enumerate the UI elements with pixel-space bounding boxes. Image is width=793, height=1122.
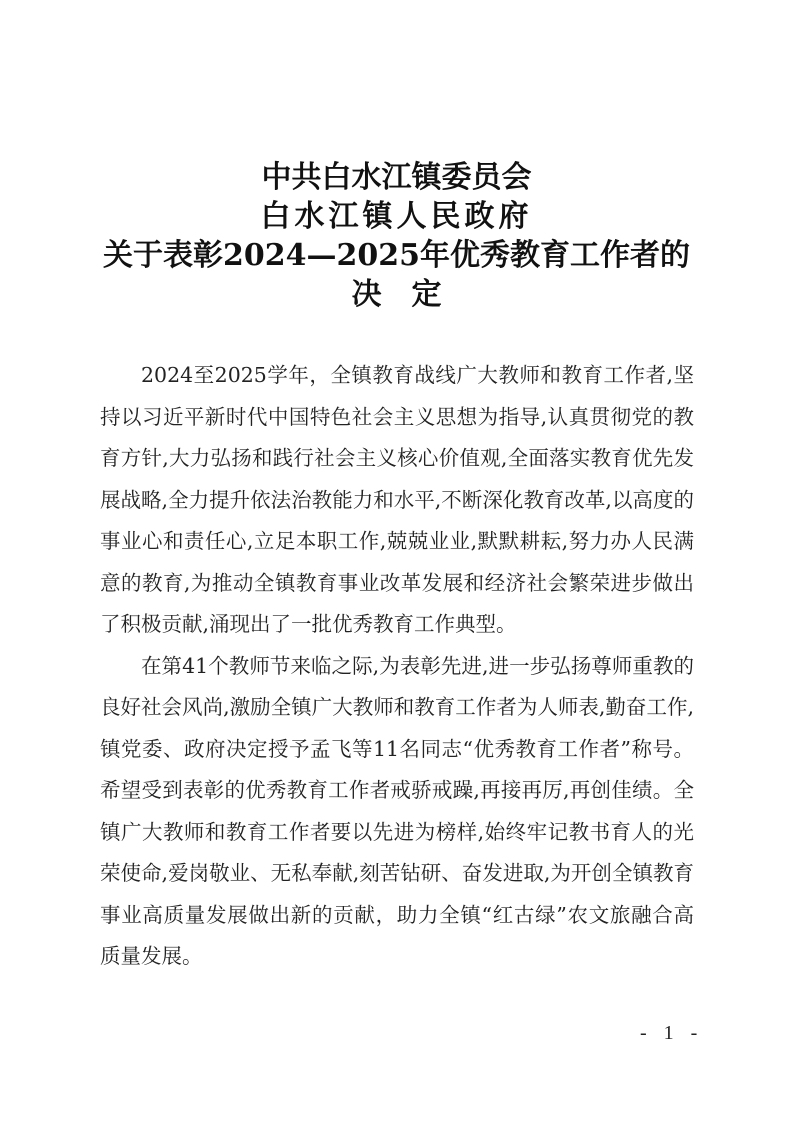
title-line-subject: 关于表彰2024—2025年优秀教育工作者的	[0, 236, 793, 275]
paragraph-decision: 在第41个教师节来临之际,为表彰先进,进一步弘扬尊师重教的良好社会风尚,激励全镇…	[100, 646, 694, 978]
page-number: - 1 -	[640, 1022, 703, 1045]
paragraph-intro: 2024至2025学年，全镇教育战线广大教师和教育工作者,坚持以习近平新时代中国…	[100, 355, 694, 646]
document-title: 中共白水江镇委员会 白水江镇人民政府 关于表彰2024—2025年优秀教育工作者…	[0, 158, 793, 314]
title-line-party-committee: 中共白水江镇委员会	[0, 158, 793, 197]
document-body: 2024至2025学年，全镇教育战线广大教师和教育工作者,坚持以习近平新时代中国…	[100, 355, 694, 978]
title-line-decision: 决定	[0, 275, 793, 314]
title-line-government: 白水江镇人民政府	[0, 197, 793, 236]
